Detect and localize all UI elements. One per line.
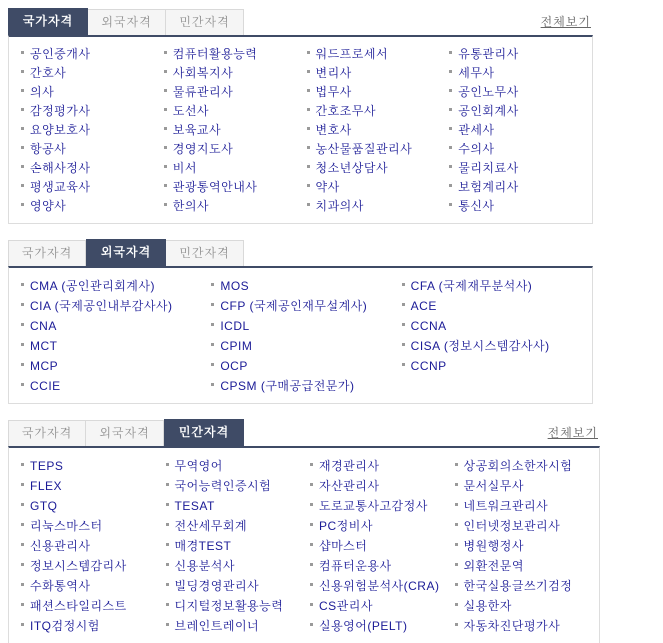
qualification-link[interactable]: CPSM (구매공급전문가) bbox=[220, 379, 354, 393]
list-item: CIA (국제공인내부감사사) bbox=[21, 296, 211, 316]
bullet-icon bbox=[164, 51, 167, 54]
list-item: 관세사 bbox=[449, 121, 592, 140]
qualification-link[interactable]: 한국실용글쓰기검정 bbox=[464, 579, 573, 593]
bullet-icon bbox=[449, 184, 452, 187]
qualification-link[interactable]: 수화통역사 bbox=[30, 579, 90, 593]
qualification-link[interactable]: 네트워크관리사 bbox=[464, 499, 549, 513]
qualification-link[interactable]: CCNA bbox=[411, 319, 447, 333]
qualification-link[interactable]: MOS bbox=[220, 279, 249, 293]
list-item: 보육교사 bbox=[164, 121, 307, 140]
qualification-list: 공인중개사간호사의사감정평가사요양보호사항공사손해사정사평생교육사영양사컴퓨터활… bbox=[8, 35, 593, 224]
list-item: 병원행정사 bbox=[455, 536, 600, 556]
qualification-link[interactable]: 간호사 bbox=[30, 66, 66, 80]
bullet-icon bbox=[449, 203, 452, 206]
bullet-icon bbox=[21, 165, 24, 168]
bullet-icon bbox=[307, 184, 310, 187]
bullet-icon bbox=[455, 543, 458, 546]
bullet-icon bbox=[21, 583, 24, 586]
qualification-link[interactable]: 세무사 bbox=[458, 66, 494, 80]
panel-foreign-qualifications: 국가자격외국자격민간자격CMA (공인관리회계사)CIA (국제공인내부감사사)… bbox=[8, 239, 593, 404]
list-item: 샵마스터 bbox=[310, 536, 455, 556]
qualification-link[interactable]: 디지털정보활용능력 bbox=[175, 599, 284, 613]
qualification-link[interactable]: 공인노무사 bbox=[458, 85, 518, 99]
qualification-link[interactable]: CIA (국제공인내부감사사) bbox=[30, 299, 173, 313]
bullet-icon bbox=[166, 503, 169, 506]
list-item: 치과의사 bbox=[307, 197, 450, 216]
bullet-icon bbox=[21, 363, 24, 366]
list-item: 외환전문역 bbox=[455, 556, 600, 576]
bullet-icon bbox=[455, 563, 458, 566]
bullet-icon bbox=[307, 70, 310, 73]
qualification-link[interactable]: OCP bbox=[220, 359, 248, 373]
list-column: 워드프로세서변리사법무사간호조무사변호사농산물품질관리사청소년상담사약사치과의사 bbox=[307, 45, 450, 216]
list-item: TEPS bbox=[21, 456, 166, 476]
qualification-tabs-page: 국가자격외국자격민간자격전체보기공인중개사간호사의사감정평가사요양보호사항공사손… bbox=[0, 0, 663, 643]
bullet-icon bbox=[310, 603, 313, 606]
bullet-icon bbox=[166, 563, 169, 566]
qualification-link[interactable]: TEPS bbox=[30, 459, 63, 473]
bullet-icon bbox=[449, 146, 452, 149]
tab-private[interactable]: 민간자격 bbox=[166, 9, 244, 35]
qualification-link[interactable]: 자산관리사 bbox=[319, 479, 379, 493]
list-item: 수화통역사 bbox=[21, 576, 166, 596]
qualification-link[interactable]: 한의사 bbox=[173, 199, 209, 213]
list-column: TEPSFLEXGTQ리눅스마스터신용관리사정보시스템감리사수화통역사패션스타일… bbox=[21, 456, 166, 636]
bullet-icon bbox=[402, 303, 405, 306]
qualification-link[interactable]: 병원행정사 bbox=[464, 539, 524, 553]
bullet-icon bbox=[455, 463, 458, 466]
bullet-icon bbox=[166, 603, 169, 606]
list-item: 문서실무사 bbox=[455, 476, 600, 496]
qualification-link[interactable]: 공인회계사 bbox=[458, 104, 518, 118]
qualification-link[interactable]: 실용한자 bbox=[464, 599, 512, 613]
bullet-icon bbox=[164, 108, 167, 111]
bullet-icon bbox=[21, 463, 24, 466]
qualification-link[interactable]: 도로교통사고감정사 bbox=[319, 499, 428, 513]
list-item: CISA (정보시스템감사사) bbox=[402, 336, 592, 356]
qualification-link[interactable]: 영양사 bbox=[30, 199, 66, 213]
qualification-link[interactable]: 농산물품질관리사 bbox=[316, 142, 413, 156]
qualification-link[interactable]: 컴퓨터활용능력 bbox=[173, 47, 258, 61]
list-item: PC정비사 bbox=[310, 516, 455, 536]
list-item: 신용분석사 bbox=[166, 556, 311, 576]
qualification-link[interactable]: 리눅스마스터 bbox=[30, 519, 103, 533]
list-item: CCIE bbox=[21, 376, 211, 396]
qualification-link[interactable]: TESAT bbox=[175, 499, 215, 513]
list-item: FLEX bbox=[21, 476, 166, 496]
list-item: 영양사 bbox=[21, 197, 164, 216]
qualification-link[interactable]: 요양보호사 bbox=[30, 123, 90, 137]
qualification-link[interactable]: CPIM bbox=[220, 339, 252, 353]
bullet-icon bbox=[21, 343, 24, 346]
qualification-link[interactable]: 인터넷정보관리사 bbox=[464, 519, 561, 533]
list-item: 간호조무사 bbox=[307, 102, 450, 121]
list-column: 재경관리사자산관리사도로교통사고감정사PC정비사샵마스터컴퓨터운용사신용위험분석… bbox=[310, 456, 455, 636]
list-item: 공인중개사 bbox=[21, 45, 164, 64]
qualification-link[interactable]: ACE bbox=[411, 299, 437, 313]
list-item: 한국실용글쓰기검정 bbox=[455, 576, 600, 596]
bullet-icon bbox=[164, 203, 167, 206]
qualification-link[interactable]: 손해사정사 bbox=[30, 161, 90, 175]
list-item: 리눅스마스터 bbox=[21, 516, 166, 536]
bullet-icon bbox=[211, 283, 214, 286]
qualification-link[interactable]: CNA bbox=[30, 319, 57, 333]
bullet-icon bbox=[449, 51, 452, 54]
qualification-link[interactable]: 법무사 bbox=[316, 85, 352, 99]
bullet-icon bbox=[455, 603, 458, 606]
list-item: 유통관리사 bbox=[449, 45, 592, 64]
bullet-icon bbox=[164, 89, 167, 92]
list-item: 약사 bbox=[307, 178, 450, 197]
bullet-icon bbox=[310, 483, 313, 486]
list-item: 농산물품질관리사 bbox=[307, 140, 450, 159]
bullet-icon bbox=[402, 343, 405, 346]
qualification-link[interactable]: FLEX bbox=[30, 479, 62, 493]
list-item: ICDL bbox=[211, 316, 401, 336]
qualification-link[interactable]: 신용위험분석사(CRA) bbox=[319, 579, 439, 593]
qualification-link[interactable]: 청소년상담사 bbox=[316, 161, 389, 175]
bullet-icon bbox=[310, 503, 313, 506]
qualification-link[interactable]: 매경TEST bbox=[175, 539, 232, 553]
bullet-icon bbox=[164, 184, 167, 187]
list-item: 한의사 bbox=[164, 197, 307, 216]
list-item: CFP (국제공인재무설계사) bbox=[211, 296, 401, 316]
list-item: 신용관리사 bbox=[21, 536, 166, 556]
qualification-link[interactable]: CFP (국제공인재무설계사) bbox=[220, 299, 367, 313]
qualification-link[interactable]: 컴퓨터운용사 bbox=[319, 559, 392, 573]
bullet-icon bbox=[307, 165, 310, 168]
qualification-link[interactable]: 변호사 bbox=[316, 123, 352, 137]
list-item: 컴퓨터활용능력 bbox=[164, 45, 307, 64]
list-item: 공인노무사 bbox=[449, 83, 592, 102]
list-item: 네트워크관리사 bbox=[455, 496, 600, 516]
list-item: 항공사 bbox=[21, 140, 164, 159]
bullet-icon bbox=[21, 51, 24, 54]
list-item: 빌딩경영관리사 bbox=[166, 576, 311, 596]
bullet-icon bbox=[402, 363, 405, 366]
list-item: CMA (공인관리회계사) bbox=[21, 276, 211, 296]
list-item: MOS bbox=[211, 276, 401, 296]
list-item: 간호사 bbox=[21, 64, 164, 83]
qualification-link[interactable]: MCT bbox=[30, 339, 58, 353]
list-column: MOSCFP (국제공인재무설계사)ICDLCPIMOCPCPSM (구매공급전… bbox=[211, 276, 401, 396]
bullet-icon bbox=[164, 165, 167, 168]
bullet-icon bbox=[455, 523, 458, 526]
qualification-link[interactable]: 비서 bbox=[173, 161, 197, 175]
list-item: ACE bbox=[402, 296, 592, 316]
bullet-icon bbox=[166, 543, 169, 546]
qualification-link[interactable]: ITQ검정시험 bbox=[30, 619, 100, 633]
list-item: 정보시스템감리사 bbox=[21, 556, 166, 576]
bullet-icon bbox=[166, 463, 169, 466]
list-item: 워드프로세서 bbox=[307, 45, 450, 64]
list-item: 보험계리사 bbox=[449, 178, 592, 197]
list-item: 비서 bbox=[164, 159, 307, 178]
bullet-icon bbox=[449, 89, 452, 92]
bullet-icon bbox=[164, 127, 167, 130]
bullet-icon bbox=[21, 303, 24, 306]
qualification-link[interactable]: MCP bbox=[30, 359, 58, 373]
qualification-link[interactable]: CCNP bbox=[411, 359, 447, 373]
tab-bar: 국가자격외국자격민간자격 bbox=[8, 419, 600, 446]
list-item: 물류관리사 bbox=[164, 83, 307, 102]
list-item: 무역영어 bbox=[166, 456, 311, 476]
bullet-icon bbox=[21, 623, 24, 626]
panel-national-qualifications: 국가자격외국자격민간자격전체보기공인중개사간호사의사감정평가사요양보호사항공사손… bbox=[8, 8, 593, 224]
list-item: 변호사 bbox=[307, 121, 450, 140]
qualification-link[interactable]: 정보시스템감리사 bbox=[30, 559, 127, 573]
bullet-icon bbox=[164, 70, 167, 73]
bullet-icon bbox=[21, 108, 24, 111]
bullet-icon bbox=[211, 383, 214, 386]
bullet-icon bbox=[21, 323, 24, 326]
bullet-icon bbox=[455, 503, 458, 506]
qualification-link[interactable]: 워드프로세서 bbox=[316, 47, 389, 61]
list-item: 상공회의소한자시험 bbox=[455, 456, 600, 476]
list-item: CPIM bbox=[211, 336, 401, 356]
qualification-link[interactable]: GTQ bbox=[30, 499, 58, 513]
tab-national[interactable]: 국가자격 bbox=[8, 420, 86, 446]
qualification-link[interactable]: 자동차진단평가사 bbox=[464, 619, 561, 633]
list-item: 법무사 bbox=[307, 83, 450, 102]
bullet-icon bbox=[310, 463, 313, 466]
bullet-icon bbox=[402, 283, 405, 286]
list-item: 실용영어(PELT) bbox=[310, 616, 455, 636]
bullet-icon bbox=[402, 323, 405, 326]
bullet-icon bbox=[449, 127, 452, 130]
qualification-link[interactable]: 무역영어 bbox=[175, 459, 223, 473]
qualification-link[interactable]: ICDL bbox=[220, 319, 249, 333]
qualification-link[interactable]: 실용영어(PELT) bbox=[319, 619, 407, 633]
qualification-link[interactable]: 보험계리사 bbox=[458, 180, 518, 194]
qualification-link[interactable]: 경영지도사 bbox=[173, 142, 233, 156]
list-item: GTQ bbox=[21, 496, 166, 516]
qualification-link[interactable]: 공인중개사 bbox=[30, 47, 90, 61]
list-item: 도선사 bbox=[164, 102, 307, 121]
bullet-icon bbox=[166, 523, 169, 526]
bullet-icon bbox=[21, 543, 24, 546]
qualification-link[interactable]: 신용분석사 bbox=[175, 559, 235, 573]
list-item: 전산세무회계 bbox=[166, 516, 311, 536]
list-column: 무역영어국어능력인증시험TESAT전산세무회계매경TEST신용분석사빌딩경영관리… bbox=[166, 456, 311, 636]
bullet-icon bbox=[21, 184, 24, 187]
qualification-link[interactable]: 브레인트레이너 bbox=[175, 619, 260, 633]
bullet-icon bbox=[21, 70, 24, 73]
qualification-link[interactable]: 평생교육사 bbox=[30, 180, 90, 194]
tab-bar: 국가자격외국자격민간자격 bbox=[8, 8, 593, 35]
qualification-link[interactable]: 도선사 bbox=[173, 104, 209, 118]
bullet-icon bbox=[449, 70, 452, 73]
list-item: CFA (국제재무분석사) bbox=[402, 276, 592, 296]
list-item: ITQ검정시험 bbox=[21, 616, 166, 636]
list-item: 인터넷정보관리사 bbox=[455, 516, 600, 536]
bullet-icon bbox=[21, 89, 24, 92]
bullet-icon bbox=[211, 343, 214, 346]
list-item: 자동차진단평가사 bbox=[455, 616, 600, 636]
bullet-icon bbox=[307, 108, 310, 111]
bullet-icon bbox=[310, 523, 313, 526]
list-item: CCNP bbox=[402, 356, 592, 376]
qualification-link[interactable]: 샵마스터 bbox=[319, 539, 367, 553]
bullet-icon bbox=[21, 283, 24, 286]
list-item: 도로교통사고감정사 bbox=[310, 496, 455, 516]
list-item: 사회복지사 bbox=[164, 64, 307, 83]
bullet-icon bbox=[307, 127, 310, 130]
qualification-link[interactable]: 빌딩경영관리사 bbox=[175, 579, 260, 593]
panel-private-qualifications: 국가자격외국자격민간자격전체보기TEPSFLEXGTQ리눅스마스터신용관리사정보… bbox=[8, 419, 600, 643]
qualification-link[interactable]: 항공사 bbox=[30, 142, 66, 156]
list-item: 통신사 bbox=[449, 197, 592, 216]
qualification-link[interactable]: CCIE bbox=[30, 379, 61, 393]
tab-foreign[interactable]: 외국자격 bbox=[86, 239, 166, 266]
qualification-link[interactable]: 전산세무회계 bbox=[175, 519, 248, 533]
list-item: 매경TEST bbox=[166, 536, 311, 556]
bullet-icon bbox=[21, 503, 24, 506]
bullet-icon bbox=[310, 543, 313, 546]
list-item: 공인회계사 bbox=[449, 102, 592, 121]
qualification-link[interactable]: CFA (국제재무분석사) bbox=[411, 279, 533, 293]
bullet-icon bbox=[166, 623, 169, 626]
tab-bar: 국가자격외국자격민간자격 bbox=[8, 239, 593, 266]
list-item: 세무사 bbox=[449, 64, 592, 83]
bullet-icon bbox=[310, 583, 313, 586]
qualification-link[interactable]: 패션스타일리스트 bbox=[30, 599, 127, 613]
qualification-link[interactable]: 관세사 bbox=[458, 123, 494, 137]
tab-private[interactable]: 민간자격 bbox=[166, 240, 244, 266]
list-item: 평생교육사 bbox=[21, 178, 164, 197]
bullet-icon bbox=[211, 323, 214, 326]
qualification-link[interactable]: 감정평가사 bbox=[30, 104, 90, 118]
list-item: 요양보호사 bbox=[21, 121, 164, 140]
list-column: 공인중개사간호사의사감정평가사요양보호사항공사손해사정사평생교육사영양사 bbox=[21, 45, 164, 216]
qualification-link[interactable]: 외환전문역 bbox=[464, 559, 524, 573]
list-item: 자산관리사 bbox=[310, 476, 455, 496]
list-item: 컴퓨터운용사 bbox=[310, 556, 455, 576]
qualification-link[interactable]: 치과의사 bbox=[316, 199, 364, 213]
list-item: 수의사 bbox=[449, 140, 592, 159]
list-item: CNA bbox=[21, 316, 211, 336]
qualification-link[interactable]: PC정비사 bbox=[319, 519, 373, 533]
list-item: 의사 bbox=[21, 83, 164, 102]
bullet-icon bbox=[164, 146, 167, 149]
qualification-link[interactable]: 신용관리사 bbox=[30, 539, 90, 553]
qualification-link[interactable]: 물류관리사 bbox=[173, 85, 233, 99]
qualification-link[interactable]: 간호조무사 bbox=[316, 104, 376, 118]
qualification-link[interactable]: 재경관리사 bbox=[319, 459, 379, 473]
bullet-icon bbox=[455, 483, 458, 486]
list-item: 국어능력인증시험 bbox=[166, 476, 311, 496]
list-item: 물리치료사 bbox=[449, 159, 592, 178]
qualification-link[interactable]: CS관리사 bbox=[319, 599, 373, 613]
list-item: 패션스타일리스트 bbox=[21, 596, 166, 616]
qualification-link[interactable]: 통신사 bbox=[458, 199, 494, 213]
qualification-link[interactable]: 국어능력인증시험 bbox=[175, 479, 272, 493]
qualification-link[interactable]: 보육교사 bbox=[173, 123, 221, 137]
view-all-link[interactable]: 전체보기 bbox=[548, 424, 598, 441]
list-column: 컴퓨터활용능력사회복지사물류관리사도선사보육교사경영지도사비서관광통역안내사한의… bbox=[164, 45, 307, 216]
list-item: MCP bbox=[21, 356, 211, 376]
bullet-icon bbox=[449, 165, 452, 168]
qualification-list: TEPSFLEXGTQ리눅스마스터신용관리사정보시스템감리사수화통역사패션스타일… bbox=[8, 446, 600, 643]
bullet-icon bbox=[307, 89, 310, 92]
list-column: CFA (국제재무분석사)ACECCNACISA (정보시스템감사사)CCNP bbox=[402, 276, 592, 396]
list-item: 디지털정보활용능력 bbox=[166, 596, 311, 616]
list-item: CCNA bbox=[402, 316, 592, 336]
list-item: 신용위험분석사(CRA) bbox=[310, 576, 455, 596]
bullet-icon bbox=[449, 108, 452, 111]
tab-national[interactable]: 국가자격 bbox=[8, 240, 86, 266]
bullet-icon bbox=[211, 363, 214, 366]
list-item: 감정평가사 bbox=[21, 102, 164, 121]
bullet-icon bbox=[21, 383, 24, 386]
list-item: 손해사정사 bbox=[21, 159, 164, 178]
qualification-link[interactable]: 유통관리사 bbox=[458, 47, 518, 61]
bullet-icon bbox=[307, 51, 310, 54]
bullet-icon bbox=[21, 603, 24, 606]
qualification-link[interactable]: 사회복지사 bbox=[173, 66, 233, 80]
bullet-icon bbox=[310, 563, 313, 566]
bullet-icon bbox=[21, 146, 24, 149]
list-item: 경영지도사 bbox=[164, 140, 307, 159]
qualification-link[interactable]: 약사 bbox=[316, 180, 340, 194]
tab-foreign[interactable]: 외국자격 bbox=[88, 9, 166, 35]
bullet-icon bbox=[21, 127, 24, 130]
qualification-list: CMA (공인관리회계사)CIA (국제공인내부감사사)CNAMCTMCPCCI… bbox=[8, 266, 593, 404]
qualification-link[interactable]: 변리사 bbox=[316, 66, 352, 80]
list-item: CS관리사 bbox=[310, 596, 455, 616]
bullet-icon bbox=[307, 146, 310, 149]
list-item: MCT bbox=[21, 336, 211, 356]
qualification-link[interactable]: 문서실무사 bbox=[464, 479, 524, 493]
list-column: CMA (공인관리회계사)CIA (국제공인내부감사사)CNAMCTMCPCCI… bbox=[21, 276, 211, 396]
tab-foreign[interactable]: 외국자격 bbox=[86, 420, 164, 446]
bullet-icon bbox=[166, 483, 169, 486]
qualification-link[interactable]: 물리치료사 bbox=[458, 161, 518, 175]
tab-private[interactable]: 민간자격 bbox=[164, 419, 244, 446]
bullet-icon bbox=[211, 303, 214, 306]
view-all-link[interactable]: 전체보기 bbox=[541, 13, 591, 30]
bullet-icon bbox=[21, 563, 24, 566]
bullet-icon bbox=[307, 203, 310, 206]
bullet-icon bbox=[21, 203, 24, 206]
bullet-icon bbox=[166, 583, 169, 586]
list-item: 재경관리사 bbox=[310, 456, 455, 476]
list-item: 청소년상담사 bbox=[307, 159, 450, 178]
list-item: TESAT bbox=[166, 496, 311, 516]
bullet-icon bbox=[21, 483, 24, 486]
qualification-link[interactable]: 상공회의소한자시험 bbox=[464, 459, 573, 473]
qualification-link[interactable]: CMA (공인관리회계사) bbox=[30, 279, 155, 293]
list-item: 변리사 bbox=[307, 64, 450, 83]
qualification-link[interactable]: 의사 bbox=[30, 85, 54, 99]
list-item: CPSM (구매공급전문가) bbox=[211, 376, 401, 396]
list-item: 관광통역안내사 bbox=[164, 178, 307, 197]
qualification-link[interactable]: CISA (정보시스템감사사) bbox=[411, 339, 550, 353]
list-column: 상공회의소한자시험문서실무사네트워크관리사인터넷정보관리사병원행정사외환전문역한… bbox=[455, 456, 600, 636]
bullet-icon bbox=[455, 623, 458, 626]
qualification-link[interactable]: 수의사 bbox=[458, 142, 494, 156]
bullet-icon bbox=[455, 583, 458, 586]
list-column: 유통관리사세무사공인노무사공인회계사관세사수의사물리치료사보험계리사통신사 bbox=[449, 45, 592, 216]
bullet-icon bbox=[21, 523, 24, 526]
tab-national[interactable]: 국가자격 bbox=[8, 8, 88, 35]
list-item: 브레인트레이너 bbox=[166, 616, 311, 636]
list-item: 실용한자 bbox=[455, 596, 600, 616]
qualification-link[interactable]: 관광통역안내사 bbox=[173, 180, 258, 194]
bullet-icon bbox=[310, 623, 313, 626]
list-item: OCP bbox=[211, 356, 401, 376]
